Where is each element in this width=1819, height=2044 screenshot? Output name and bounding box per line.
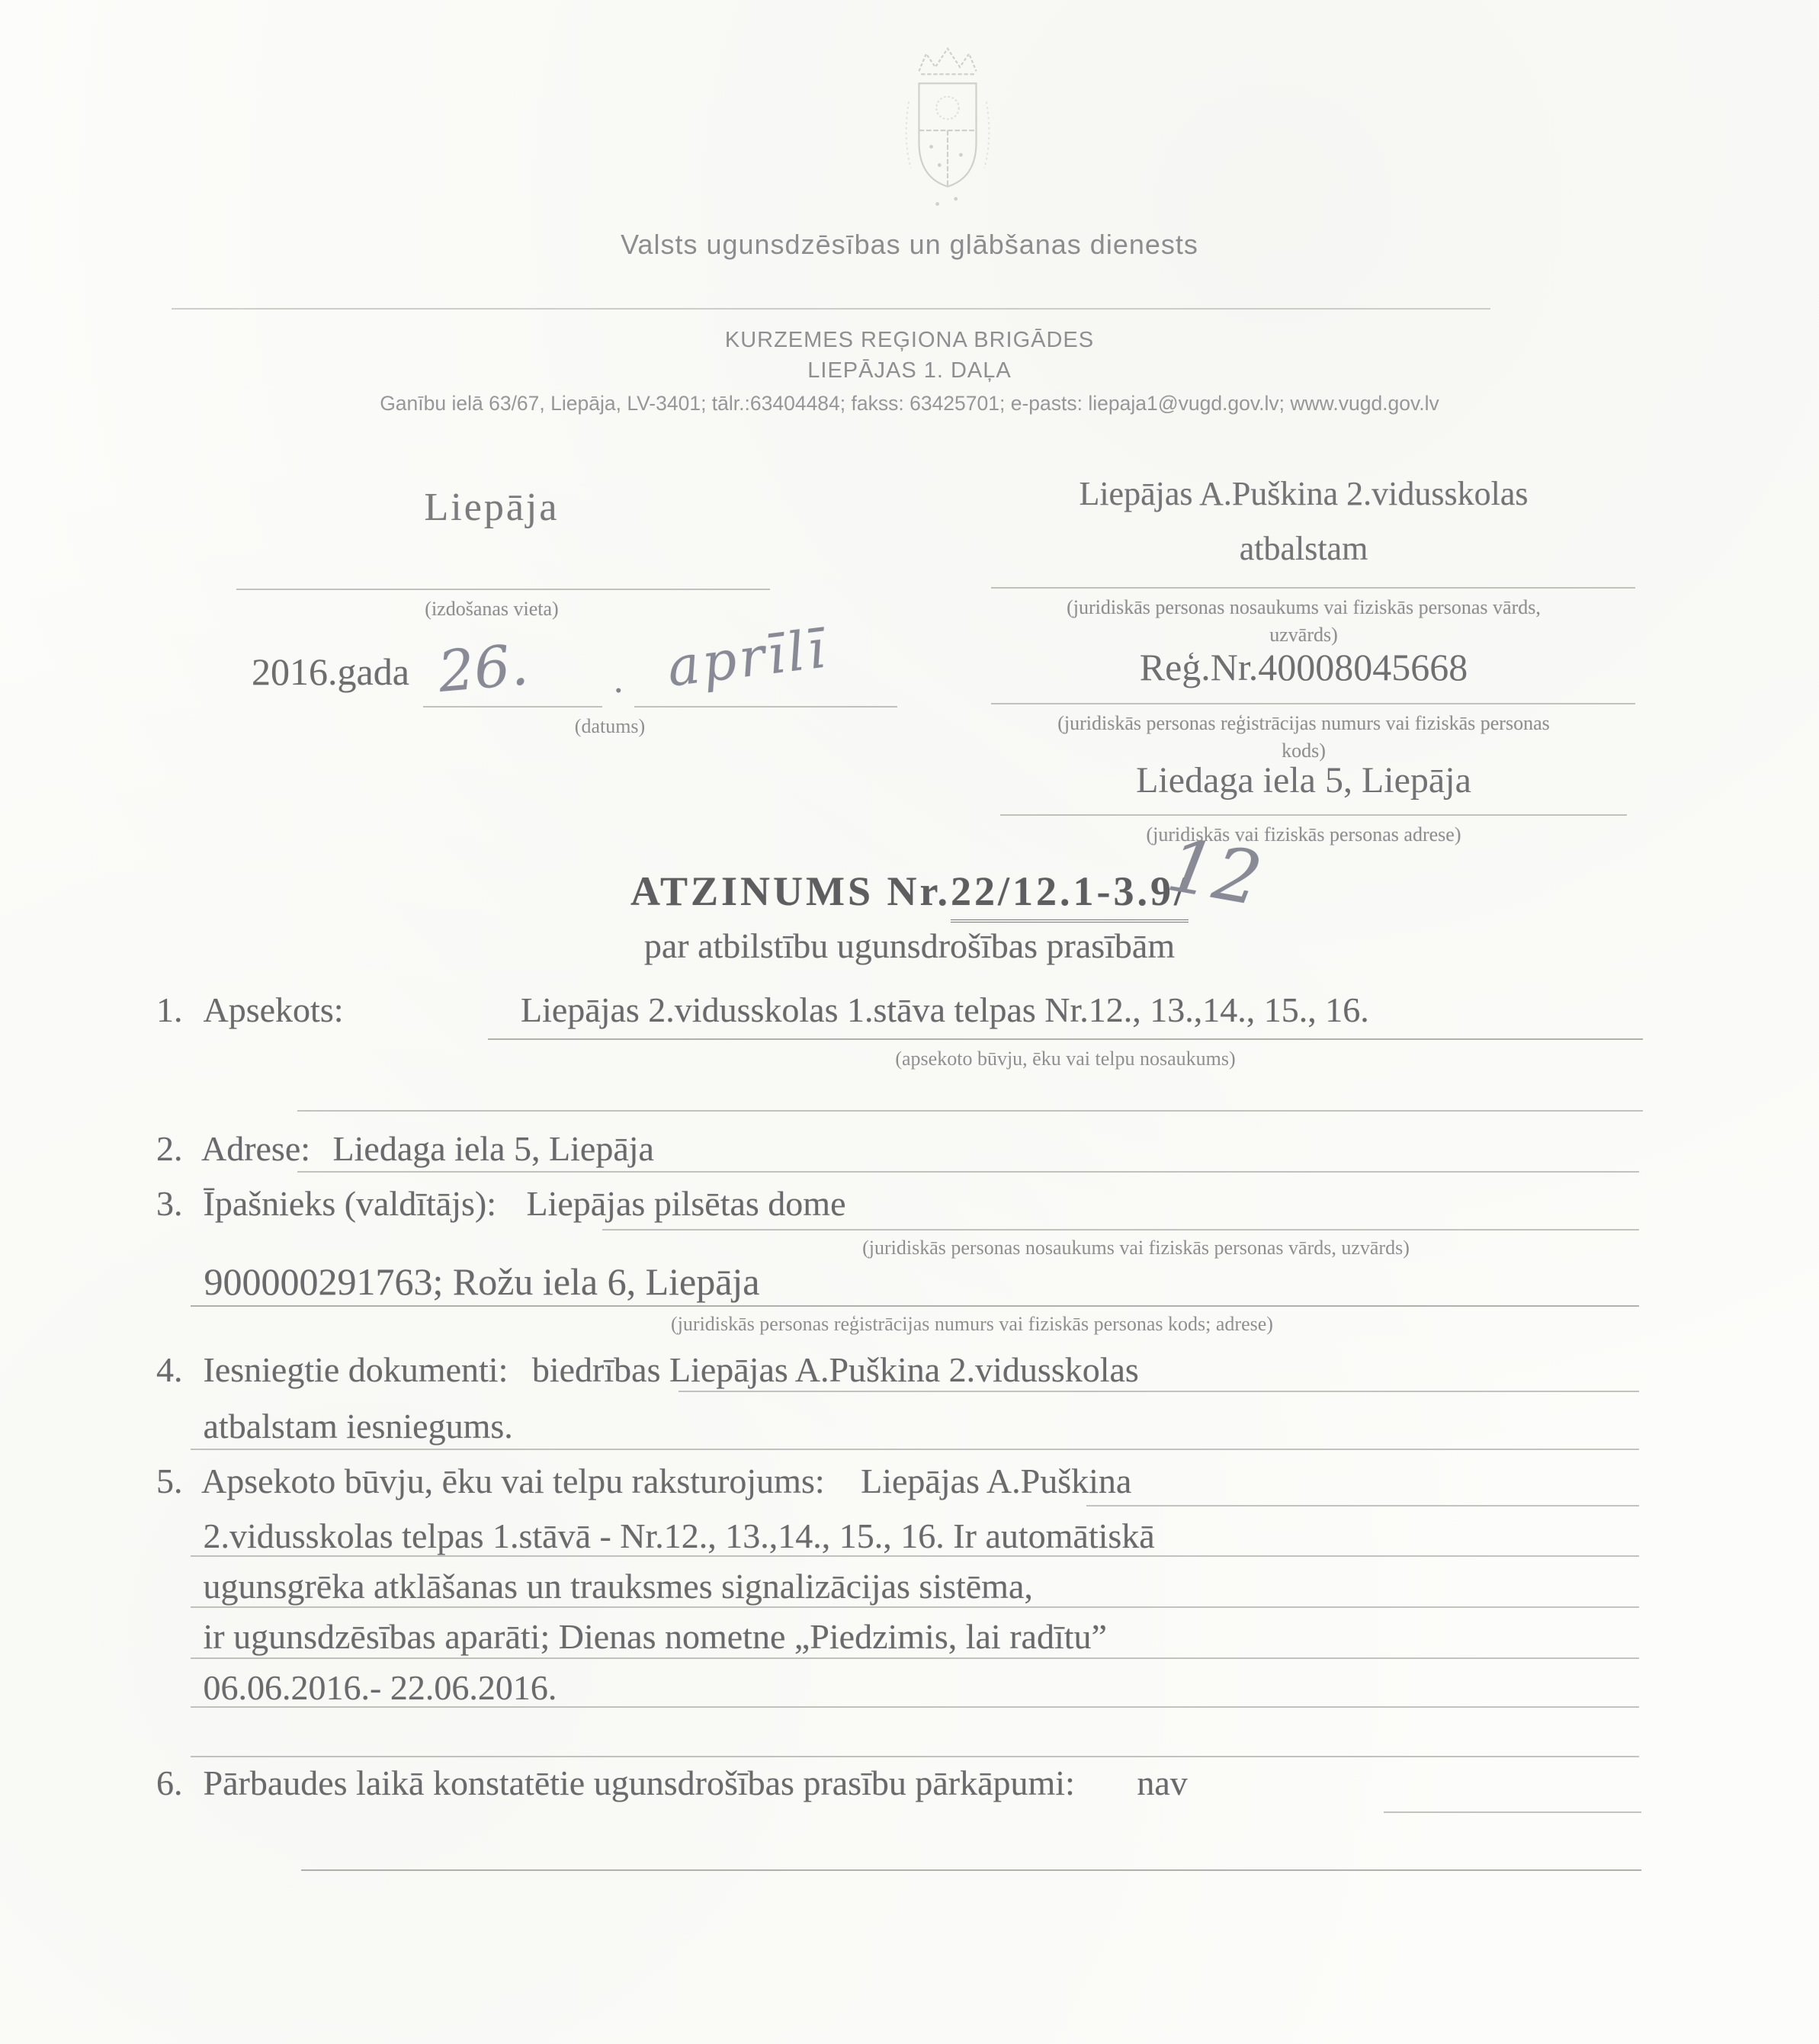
coat-of-arms-emblem-icon	[897, 40, 999, 215]
document-title: ATZINUMS Nr.22/12.1-3.9/	[0, 868, 1819, 923]
recipient-name-caption2: uzvārds)	[976, 624, 1631, 647]
recipient-registration-caption1: (juridiskās personas reģistrācijas numur…	[976, 712, 1631, 735]
item-4-continuation-row: atbalstam iesniegums.	[156, 1406, 1651, 1446]
item-6-number: 6.	[156, 1763, 194, 1803]
item-1-label: Apsekots:	[204, 990, 512, 1030]
unit-name: LIEPĀJAS 1. DAĻA	[0, 358, 1819, 383]
scanned-document-page: Valsts ugunsdzēsības un glābšanas dienes…	[0, 0, 1819, 2044]
item-3-row: 3. Īpašnieks (valdītājs): Liepājas pilsē…	[156, 1183, 1651, 1224]
item-6-short-underline	[1384, 1811, 1641, 1813]
item-4-row: 4. Iesniegtie dokumenti: biedrības Liepā…	[156, 1349, 1651, 1390]
date-month-underline	[634, 706, 897, 708]
item-4-value: biedrības Liepājas A.Puškina 2.vidusskol…	[532, 1350, 1139, 1389]
item-3-value2-row: 900000291763; Rožu iela 6, Liepāja	[156, 1259, 1651, 1304]
item-5-line4-row: ir ugunsdzēsības aparāti; Dienas nometne…	[156, 1616, 1651, 1657]
issue-date-caption: (datums)	[423, 715, 797, 738]
date-printed-prefix: 2016.gada	[252, 650, 409, 693]
recipient-name-underline	[991, 587, 1635, 589]
recipient-registration-underline	[991, 703, 1635, 704]
organization-name: Valsts ugunsdzēsības un glābšanas dienes…	[0, 229, 1819, 261]
recipient-address: Liedaga iela 5, Liepāja	[976, 759, 1631, 801]
item-4-underline2	[191, 1449, 1639, 1450]
item-1-caption: (apsekoto būvju, ēku vai telpu nosaukums…	[488, 1048, 1643, 1070]
recipient-name-caption1: (juridiskās personas nosaukums vai fizis…	[976, 596, 1631, 619]
item-5-underline4	[191, 1657, 1639, 1659]
item-2-label: Adrese:	[201, 1129, 310, 1168]
recipient-name-line2: atbalstam	[976, 529, 1631, 568]
document-title-number: 22/12.1-3.9/	[951, 868, 1189, 923]
item-5-value-line2: 2.vidusskolas telpas 1.stāvā - Nr.12., 1…	[204, 1516, 1155, 1555]
item-2-underline	[297, 1171, 1639, 1173]
document-title-main: ATZINUMS Nr.	[630, 868, 951, 914]
item-4-label: Iesniegtie dokumenti:	[204, 1350, 508, 1389]
item-5-number: 5.	[156, 1461, 194, 1501]
item-3-caption: (juridiskās personas nosaukums vai fizis…	[679, 1237, 1593, 1259]
item-6-label: Pārbaudes laikā konstatētie ugunsdrošība…	[204, 1763, 1075, 1802]
recipient-address-caption: (juridiskās vai fiziskās personas adrese…	[976, 823, 1631, 846]
brigade-name: KURZEMES REĢIONA BRIGĀDES	[0, 328, 1819, 353]
item-3-value2-underline	[191, 1305, 1639, 1307]
recipient-name-line1: Liepājas A.Puškina 2.vidusskolas	[976, 474, 1631, 513]
item-5-dates-row: 06.06.2016.- 22.06.2016.	[156, 1667, 1651, 1708]
item-2-row: 2. Adrese: Liedaga iela 5, Liepāja	[156, 1128, 1651, 1169]
item-5-value-line3: ugunsgrēka atklāšanas un trauksmes signa…	[204, 1567, 1033, 1606]
date-separator-dot: .	[614, 657, 624, 701]
item-5-value-line4: ir ugunsdzēsības aparāti; Dienas nometne…	[204, 1617, 1107, 1656]
item-5-value-line5: 06.06.2016.- 22.06.2016.	[204, 1668, 557, 1707]
item-6-value: nav	[1137, 1763, 1187, 1802]
item-1-underline	[488, 1038, 1643, 1040]
item-5-line2-row: 2.vidusskolas telpas 1.stāvā - Nr.12., 1…	[156, 1516, 1651, 1556]
item-5-value: Liepājas A.Puškina	[861, 1462, 1131, 1500]
issue-date-row: 2016.gada 26. . aprīlī	[252, 650, 409, 694]
item-5-underline5	[191, 1706, 1639, 1708]
item-6-long-underline	[301, 1869, 1641, 1871]
item-2-value: Liedaga iela 5, Liepāja	[333, 1129, 654, 1168]
item-4-underline1	[679, 1391, 1639, 1392]
item-1-value: Liepājas 2.vidusskolas 1.stāva telpas Nr…	[521, 990, 1369, 1029]
date-day-handwritten: 26.	[435, 632, 531, 705]
item-4-value-continuation: atbalstam iesniegums.	[204, 1407, 513, 1446]
item-5-underline1	[1086, 1505, 1639, 1507]
item-2-number: 2.	[156, 1128, 194, 1169]
date-month-handwritten: aprīlī	[664, 617, 832, 698]
contact-line: Ganību ielā 63/67, Liepāja, LV-3401; tāl…	[0, 392, 1819, 416]
recipient-registration-number: Reģ.Nr.40008045668	[976, 645, 1631, 689]
issue-place-underline	[236, 589, 770, 590]
document-subtitle: par atbilstību ugunsdrošības prasībām	[0, 926, 1819, 966]
document-number-handwritten: 12	[1161, 822, 1268, 923]
item-3-caption2: (juridiskās personas reģistrācijas numur…	[427, 1313, 1517, 1336]
item-5-row: 5. Apsekoto būvju, ēku vai telpu rakstur…	[156, 1461, 1651, 1501]
issue-place: Liepāja	[175, 485, 808, 530]
item-3-label: Īpašnieks (valdītājs):	[204, 1184, 497, 1223]
issue-place-caption: (izdošanas vieta)	[175, 598, 808, 621]
item-5-underline2	[191, 1555, 1639, 1557]
recipient-address-underline	[1000, 814, 1627, 816]
item-5-label: Apsekoto būvju, ēku vai telpu raksturoju…	[201, 1462, 825, 1500]
item-3-underline	[602, 1229, 1639, 1231]
item-5-underline3	[191, 1606, 1639, 1608]
header-divider	[172, 308, 1490, 310]
item-1-row: 1. Apsekots: Liepājas 2.vidusskolas 1.st…	[156, 990, 1651, 1030]
item-6-row: 6. Pārbaudes laikā konstatētie ugunsdroš…	[156, 1763, 1651, 1803]
item-1-number: 1.	[156, 990, 194, 1030]
date-day-underline	[423, 706, 602, 708]
item-3-value: Liepājas pilsētas dome	[527, 1184, 846, 1223]
item-5-line3-row: ugunsgrēka atklāšanas un trauksmes signa…	[156, 1566, 1651, 1606]
item-3-value2: 900000291763; Rožu iela 6, Liepāja	[204, 1260, 760, 1303]
item-3-number: 3.	[156, 1183, 194, 1224]
item-5-empty-underline	[191, 1756, 1639, 1757]
item-4-number: 4.	[156, 1349, 194, 1390]
blank-form-line	[297, 1110, 1643, 1112]
